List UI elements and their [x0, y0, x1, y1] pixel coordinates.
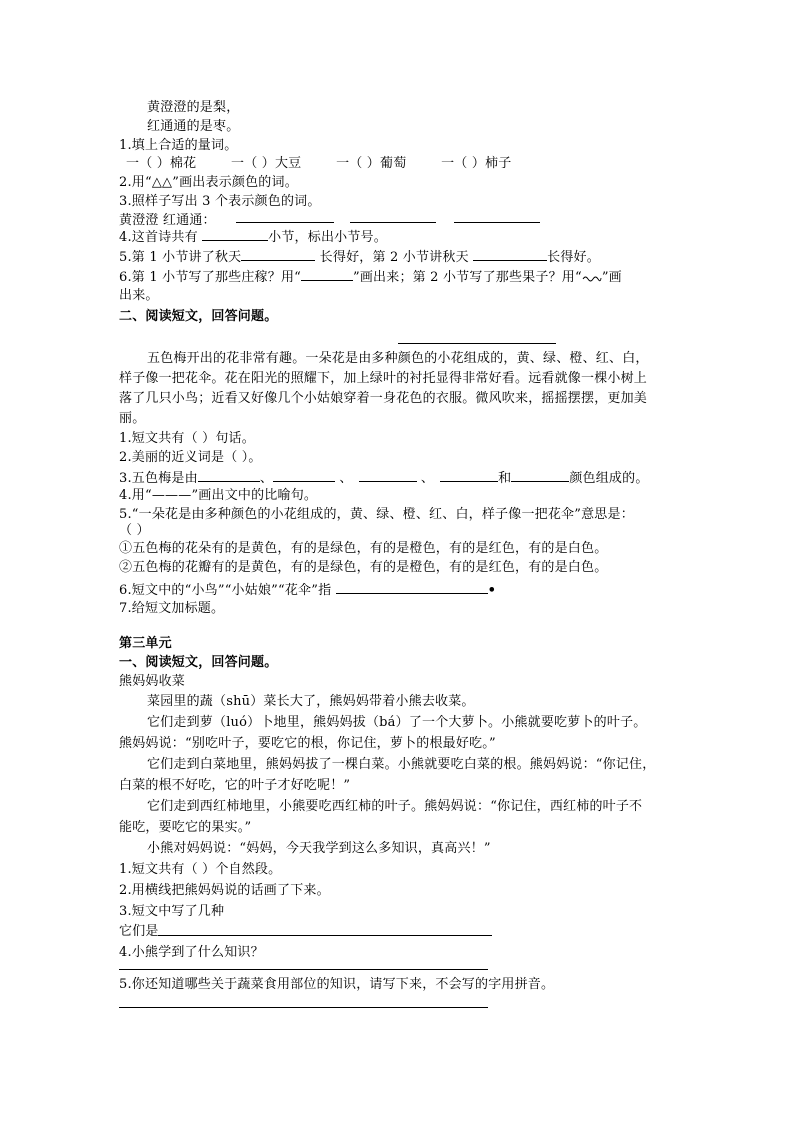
u3-question-5: 5.你还知道哪些关于蔬菜食用部位的知识，请写下来，不会写的字用拼音。 [119, 975, 554, 995]
q5-text-end: 长得好。 [547, 250, 600, 265]
passage-line: 丽。 [119, 409, 145, 429]
q6-text: 6.短文中的“小鸟”“小姑娘”“花伞”指 [119, 583, 336, 598]
answer-blank[interactable] [158, 935, 492, 936]
measure-item-persimmon: 一（ ）柿子 [441, 156, 511, 171]
question-1: 1.填上合适的量词。 [119, 136, 237, 156]
option-2: ②五色梅的花瓣有的是黄色，有的是绿色，有的是橙色，有的是红色，有的是白色。 [119, 558, 607, 578]
story-title: 熊妈妈收菜 [119, 672, 185, 692]
period: • [488, 583, 497, 598]
story-paragraph-cont: 能吃，要吃它的果实。” [119, 818, 251, 838]
u3-question-4: 4.小熊学到了什么知识？ [119, 943, 264, 963]
story-paragraph-cont: 白菜的根不好吃，它的叶子才好吃呢！” [119, 776, 350, 796]
passage-line: 样子像一把花伞。花在阳光的照耀下，加上绿叶的衬托显得非常好看。远看就像一棵小树上 [119, 369, 647, 389]
story-paragraph: 它们走到萝（luó）卜地里，熊妈妈拔（bá）了一个大萝卜。小熊就要吃萝卜的叶子。 [147, 713, 646, 733]
separator: 、 [260, 471, 273, 486]
answer-blank[interactable] [454, 222, 540, 223]
poem-line-1: 黄澄澄的是梨， [147, 98, 239, 118]
q6-text: 6.第 1 小节写了那些庄稼？用“ [119, 270, 301, 285]
section-2-heading: 二、阅读短文，回答问题。 [119, 307, 277, 327]
wavy-line-icon [582, 274, 602, 282]
answer-blank[interactable] [241, 246, 315, 261]
s2-question-1: 1.短文共有（ ）句话。 [119, 429, 255, 449]
answer-line[interactable] [119, 1007, 488, 1008]
story-paragraph: 菜园里的蔬（shū）菜长大了，熊妈妈带着小熊去收菜。 [147, 692, 475, 712]
q3-text: 3.五色梅是由 [119, 471, 198, 486]
answer-blank[interactable] [473, 246, 547, 261]
q3-text-end: 颜色组成的。 [569, 471, 648, 486]
question-2: 2.用“△△”画出表示颜色的词。 [119, 173, 298, 193]
measure-item-cotton: 一（ ）棉花 [126, 156, 196, 171]
answer-line[interactable] [119, 969, 488, 970]
measure-item-soybean: 一（ ）大豆 [231, 156, 301, 171]
question-3: 3.照样子写出 3 个表示颜色的词。 [119, 192, 321, 212]
answer-blank[interactable] [511, 467, 569, 482]
poem-line-2: 红通通的是枣。 [147, 117, 239, 137]
story-paragraph-cont: 熊妈妈说：“别吃叶子，要吃它的根，你记住，萝卜的根最好吃。” [119, 734, 496, 754]
answer-blank[interactable] [236, 222, 334, 223]
q4-text-end: 小节，标出小节号。 [268, 230, 387, 245]
s2-question-5: 5.“一朵花是由多种颜色的小花组成的，黄、绿、橙、红、白，样子像一把花伞”意思是… [119, 505, 634, 525]
u3-question-3: 3.短文中写了几种 [119, 902, 224, 922]
measure-item-grape: 一（ ）葡萄 [336, 156, 406, 171]
s2-question-7: 7.给短文加标题。 [119, 599, 224, 619]
q5-text-mid: 长得好，第 2 小节讲秋天 [315, 250, 473, 265]
s2-question-4: 4.用“———”画出文中的比喻句。 [119, 486, 317, 506]
u3-question-3-answer: 它们是 [119, 922, 159, 942]
answer-blank[interactable] [440, 467, 498, 482]
and-text: 和 [498, 471, 511, 486]
passage-line: 五色梅开出的花非常有趣。一朵花是由多种颜色的小花组成的，黄、绿、橙、红、白， [147, 349, 649, 369]
question-5: 5.第 1 小节讲了秋天 长得好，第 2 小节讲秋天 长得好。 [119, 246, 600, 268]
answer-blank[interactable] [273, 467, 335, 482]
passage-line: 落了几只小鸟；近看又好像几个小姑娘穿着一身花色的衣服。微风吹来，摇摇摆摆，更加美 [119, 389, 647, 409]
q3-text: 它们是 [119, 924, 159, 939]
u3-question-2: 2.用横线把熊妈妈说的话画了下来。 [119, 881, 330, 901]
s2-question-6: 6.短文中的“小鸟”“小姑娘”“花伞”指 • [119, 579, 496, 601]
story-paragraph: 小熊对妈妈说：“妈妈，今天我学到这么多知识，真高兴！” [147, 839, 491, 859]
unit-3-heading: 一、阅读短文，回答问题。 [119, 653, 277, 673]
q6-text-end: ”画 [602, 270, 622, 285]
answer-blank[interactable] [202, 226, 268, 241]
answer-blank[interactable] [359, 467, 417, 482]
story-paragraph: 它们走到西红柿地里，小熊要吃西红柿的叶子。熊妈妈说：“你记住，西红柿的叶子不 [147, 797, 642, 817]
separator: 、 [417, 471, 435, 486]
q4-text: 4.这首诗共有 [119, 230, 202, 245]
separator: 、 [335, 471, 353, 486]
q6-text-mid: ”画出来；第 2 小节写了那些果子？用“ [353, 270, 582, 285]
measure-word-row: 一（ ）棉花 一（ ）大豆 一（ ）葡萄 一（ ）柿子 [126, 154, 511, 174]
title-blank-line[interactable] [398, 343, 556, 344]
question-6: 6.第 1 小节写了那些庄稼？用“”画出来；第 2 小节写了那些果子？用“”画 [119, 266, 622, 288]
story-paragraph: 它们走到白菜地里，熊妈妈拔了一棵白菜。小熊就要吃白菜的根。熊妈妈说：“你记住， [147, 755, 655, 775]
question-4: 4.这首诗共有 小节，标出小节号。 [119, 226, 387, 248]
answer-blank[interactable] [198, 467, 260, 482]
question-6-cont: 出来。 [119, 286, 159, 306]
answer-blank[interactable] [336, 579, 488, 594]
s2-question-5-paren: （ ） [119, 521, 150, 541]
unit-3-title: 第三单元 [119, 634, 172, 654]
option-1: ①五色梅的花朵有的是黄色，有的是绿色，有的是橙色，有的是红色，有的是白色。 [119, 539, 607, 559]
q5-text: 5.第 1 小节讲了秋天 [119, 250, 241, 265]
straight-line-sample [301, 266, 353, 281]
worksheet-page: 黄澄澄的是梨， 红通通的是枣。 1.填上合适的量词。 一（ ）棉花 一（ ）大豆… [0, 0, 793, 1122]
u3-question-1: 1.短文共有（ ）个自然段。 [119, 860, 281, 880]
answer-blank[interactable] [350, 222, 436, 223]
s2-question-2: 2.美丽的近义词是（ ）。 [119, 448, 262, 468]
